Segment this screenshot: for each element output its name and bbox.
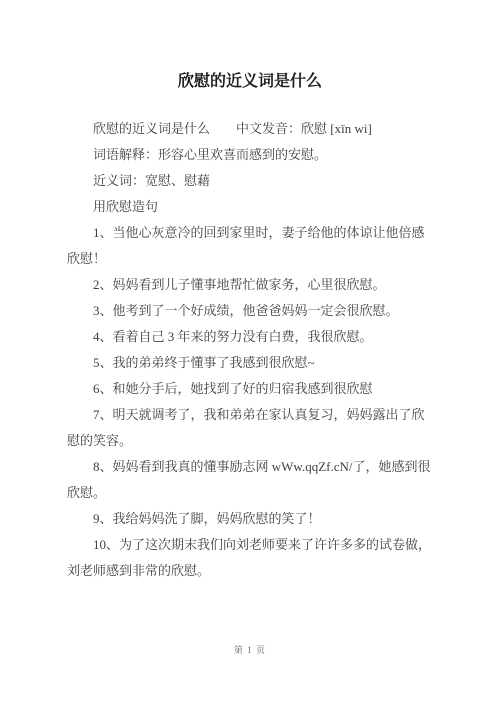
intro-line-definition: 词语解释：形容心里欢喜而感到的安慰。 [67,142,433,168]
document-body: 欣慰的近义词是什么 中文发音：欣慰 [xīn wi] 词语解释：形容心里欢喜而感… [67,116,433,584]
sentence-item-1: 1、当他心灰意冷的回到家里时，妻子给他的体谅让他倍感欣慰！ [67,220,433,272]
document-page: 欣慰的近义词是什么 欣慰的近义词是什么 中文发音：欣慰 [xīn wi] 词语解… [0,0,500,708]
document-title: 欣慰的近义词是什么 [0,72,500,92]
sentence-item-6: 6、和她分手后，她找到了好的归宿我感到很欣慰 [67,376,433,402]
intro-line-synonyms: 近义词：宽慰、慰藉 [67,168,433,194]
sentence-item-7: 7、明天就调考了，我和弟弟在家认真复习，妈妈露出了欣慰的笑容。 [67,402,433,454]
intro-line-pronunciation: 欣慰的近义词是什么 中文发音：欣慰 [xīn wi] [67,116,433,142]
sentence-item-3: 3、他考到了一个好成绩，他爸爸妈妈一定会很欣慰。 [67,298,433,324]
sentence-item-10: 10、为了这次期末我们向刘老师要来了许许多多的试卷做，刘老师感到非常的欣慰。 [67,532,433,584]
page-number: 第 1 页 [0,644,500,656]
sentence-item-9: 9、我给妈妈洗了脚，妈妈欣慰的笑了！ [67,506,433,532]
sentence-item-5: 5、我的弟弟终于懂事了我感到很欣慰~ [67,350,433,376]
sentence-item-8: 8、妈妈看到我真的懂事励志网 wWw.qqZf.cN/了，她感到很欣慰。 [67,454,433,506]
sentence-item-2: 2、妈妈看到儿子懂事地帮忙做家务，心里很欣慰。 [67,272,433,298]
intro-line-section-label: 用欣慰造句 [67,194,433,220]
sentence-item-4: 4、看着自己 3 年来的努力没有白费，我很欣慰。 [67,324,433,350]
